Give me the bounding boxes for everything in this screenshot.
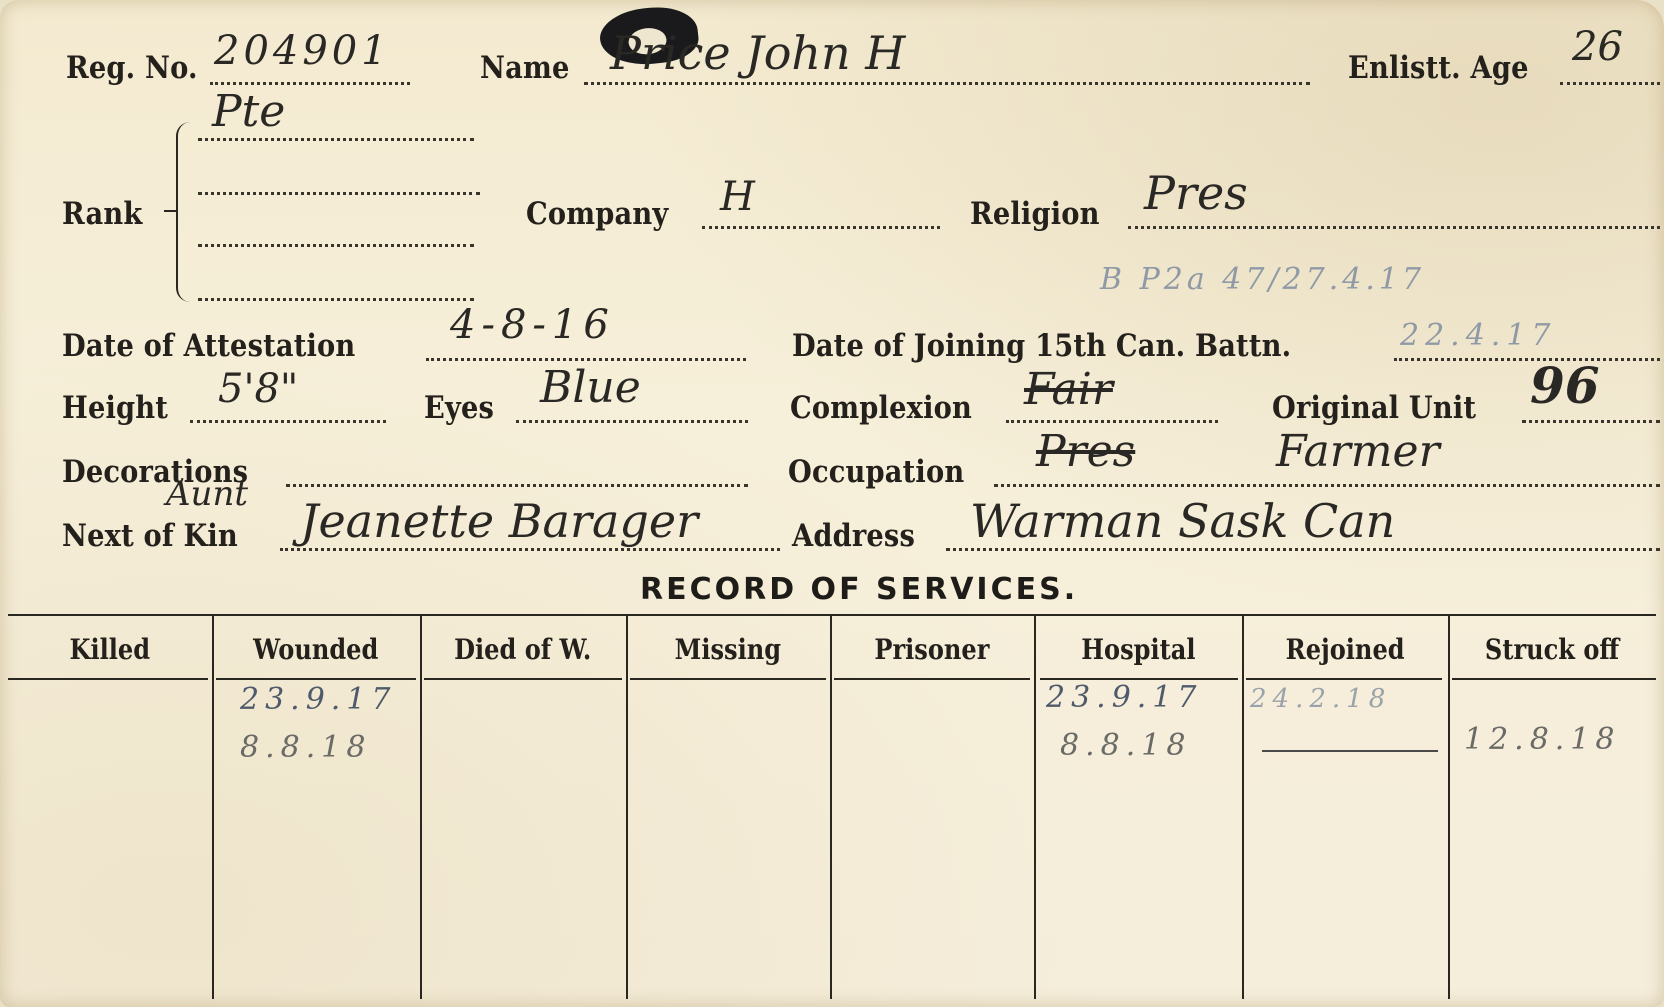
name-line — [584, 82, 1310, 85]
next-of-kin-label: Next of Kin — [62, 518, 238, 554]
rank-line-3 — [198, 244, 474, 247]
date-joining-label: Date of Joining 15th Can. Battn. — [792, 328, 1291, 364]
header-rule — [630, 678, 826, 680]
reg-no-label: Reg. No. — [66, 50, 198, 86]
enlist-age-value: 26 — [1572, 24, 1623, 70]
height-value: 5'8" — [218, 366, 298, 412]
original-unit-label: Original Unit — [1272, 390, 1476, 426]
reg-no-line — [210, 82, 410, 85]
company-value: H — [720, 174, 755, 220]
rejoined-dash — [1262, 750, 1438, 752]
next-of-kin-line — [280, 548, 780, 551]
service-record-card: Reg. No. 204901 Name Price John H Enlist… — [0, 0, 1664, 1007]
rank-label: Rank — [62, 196, 142, 232]
pencil-annotation: B P2a 47/27.4.17 — [1100, 262, 1425, 297]
enlist-age-label: Enlistt. Age — [1348, 50, 1529, 86]
table-top-rule — [8, 614, 1656, 616]
complexion-label: Complexion — [790, 390, 972, 426]
struck-off-entry: 12.8.18 — [1464, 722, 1621, 757]
eyes-line — [516, 420, 748, 423]
next-of-kin-value: Jeanette Barager — [300, 494, 698, 548]
rank-line-1 — [198, 138, 474, 141]
column-header-rejoined: Rejoined — [1242, 624, 1448, 674]
decorations-line — [286, 484, 748, 487]
religion-label: Religion — [970, 196, 1100, 232]
name-value: Price John H — [610, 26, 905, 80]
complexion-line — [1006, 420, 1218, 423]
column-header-hospital: Hospital — [1034, 624, 1242, 674]
rank-line-2 — [198, 192, 480, 195]
record-title: RECORD OF SERVICES. — [640, 572, 1078, 607]
company-label: Company — [526, 196, 668, 232]
name-label: Name — [480, 50, 570, 86]
column-header-missing: Missing — [626, 624, 830, 674]
header-rule — [424, 678, 622, 680]
enlist-age-line — [1560, 82, 1660, 85]
height-line — [190, 420, 386, 423]
hospital-entry-2: 8.8.18 — [1060, 728, 1191, 763]
religion-line — [1128, 226, 1660, 229]
date-attestation-line — [426, 358, 746, 361]
column-header-wounded: Wounded — [212, 624, 420, 674]
eyes-label: Eyes — [424, 390, 494, 426]
occupation-line — [994, 484, 1660, 487]
header-rule — [216, 678, 416, 680]
eyes-value: Blue — [540, 362, 641, 413]
header-rule — [1246, 678, 1442, 680]
date-joining-value: 22.4.17 — [1400, 318, 1557, 353]
original-unit-line — [1522, 420, 1660, 423]
rank-line-4 — [198, 298, 474, 301]
address-value: Warman Sask Can — [970, 494, 1395, 548]
height-label: Height — [62, 390, 168, 426]
occupation-label: Occupation — [788, 454, 964, 490]
rejoined-entry-1: 24.2.18 — [1250, 684, 1391, 714]
header-rule — [8, 678, 208, 680]
next-of-kin-relation: Aunt — [166, 474, 248, 514]
hospital-entry-1: 23.9.17 — [1046, 680, 1203, 715]
column-header-struck-off: Struck off — [1448, 624, 1656, 674]
occupation-struck-value: Pres — [1036, 426, 1135, 477]
religion-value: Pres — [1144, 166, 1248, 220]
rank-brace — [176, 122, 194, 302]
header-rule — [1452, 678, 1656, 680]
wounded-entry-2: 8.8.18 — [240, 730, 371, 765]
original-unit-value: 96 — [1530, 356, 1600, 415]
company-line — [702, 226, 940, 229]
occupation-value: Farmer — [1276, 426, 1440, 477]
date-joining-line — [1394, 358, 1660, 361]
date-attestation-value: 4-8-16 — [450, 302, 615, 348]
header-rule — [834, 678, 1030, 680]
address-line — [946, 548, 1660, 551]
complexion-value: Fair — [1024, 364, 1113, 415]
address-label: Address — [792, 518, 915, 554]
wounded-entry-1: 23.9.17 — [240, 682, 397, 717]
reg-no-value: 204901 — [214, 28, 391, 74]
column-header-killed: Killed — [8, 624, 212, 674]
column-header-prisoner: Prisoner — [830, 624, 1034, 674]
date-attestation-label: Date of Attestation — [62, 328, 355, 364]
column-header-died-of-wounds: Died of W. — [420, 624, 626, 674]
rank-value: Pte — [212, 86, 285, 137]
